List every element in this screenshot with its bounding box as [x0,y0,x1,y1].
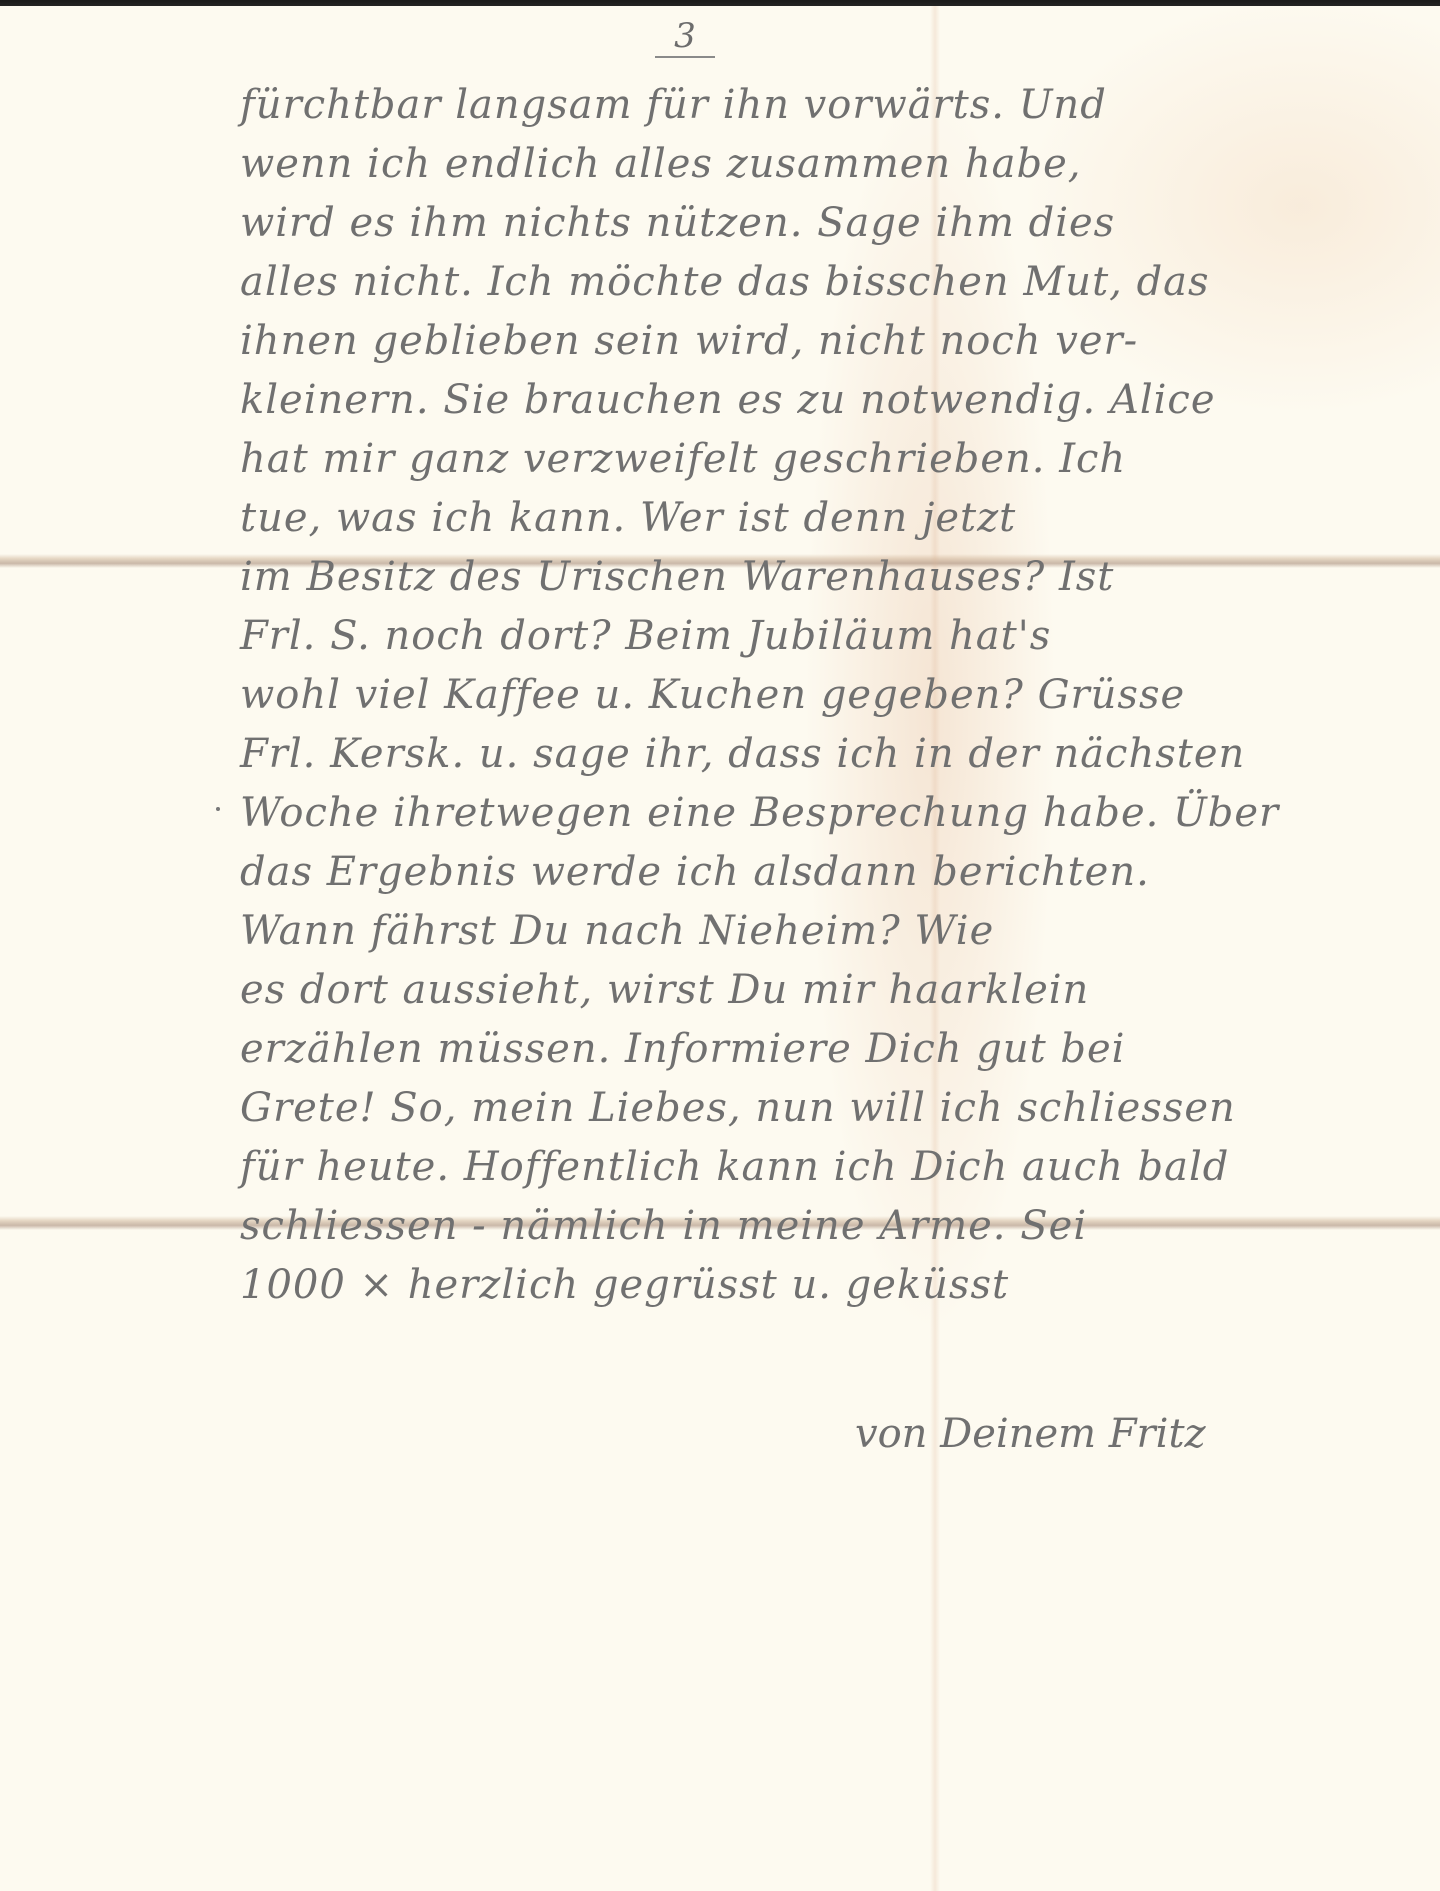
text-line: fürchtbar langsam für ihn vorwärts. Und [240,76,1400,135]
text-line: Frl. S. noch dort? Beim Jubiläum hat's [240,607,1400,666]
text-line: hat mir ganz verzweifelt geschrieben. Ic… [240,430,1400,489]
text-line: es dort aussieht, wirst Du mir haarklein [240,961,1400,1020]
letter-body: fürchtbar langsam für ihn vorwärts. Und … [240,76,1400,1315]
text-line: 1000 × herzlich gegrüsst u. geküsst [240,1256,1400,1315]
text-line: kleinern. Sie brauchen es zu notwendig. … [240,371,1400,430]
text-line: Woche ihretwegen eine Besprechung habe. … [240,784,1400,843]
text-line: tue, was ich kann. Wer ist denn jetzt [240,489,1400,548]
text-line: Frl. Kersk. u. sage ihr, dass ich in der… [240,725,1400,784]
text-line: schliessen - nämlich in meine Arme. Sei [240,1197,1400,1256]
text-line: das Ergebnis werde ich alsdann berichten… [240,843,1400,902]
text-line: erzählen müssen. Informiere Dich gut bei [240,1020,1400,1079]
text-line: Wann fährst Du nach Nieheim? Wie [240,902,1400,961]
text-line: ihnen geblieben sein wird, nicht noch ve… [240,312,1400,371]
signature: von Deinem Fritz [855,1411,1206,1457]
text-line: wenn ich endlich alles zusammen habe, [240,135,1400,194]
text-line: im Besitz des Urischen Warenhauses? Ist [240,548,1400,607]
ink-dot [216,807,220,811]
page-number: 3 [655,16,715,58]
text-line: für heute. Hoffentlich kann ich Dich auc… [240,1138,1400,1197]
text-line: alles nicht. Ich möchte das bisschen Mut… [240,253,1400,312]
text-line: wohl viel Kaffee u. Kuchen gegeben? Grüs… [240,666,1400,725]
letter-page: 3 fürchtbar langsam für ihn vorwärts. Un… [0,6,1440,1891]
text-line: Grete! So, mein Liebes, nun will ich sch… [240,1079,1400,1138]
text-line: wird es ihm nichts nützen. Sage ihm dies [240,194,1400,253]
